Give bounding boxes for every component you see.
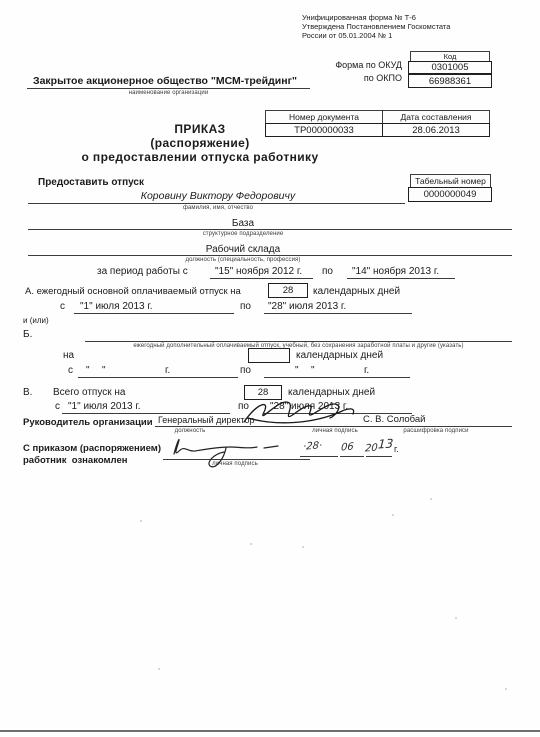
section-b-days-box (248, 348, 290, 363)
section-v-label2: Всего отпуск на (53, 387, 125, 398)
section-b-underline (85, 341, 512, 342)
ack-date-year-underline (366, 456, 392, 457)
section-b-quote-3: " (295, 365, 299, 376)
section-a-from: "1" июля 2013 г. (80, 301, 153, 312)
section-b-from-underline (78, 377, 238, 378)
scan-speck (250, 543, 252, 545)
scan-speck (140, 520, 142, 522)
section-b-quote-2: " (102, 365, 106, 376)
section-b-quote-4: " (311, 365, 315, 376)
employee-name-underline (28, 203, 405, 204)
ack-date-year-prefix: 20 (365, 443, 378, 455)
doc-date-value: 28.06.2013 (382, 123, 490, 137)
employee-name: Коровину Виктору Федоровичу (28, 190, 408, 202)
position-caption: должность (специальность, профессия) (28, 257, 458, 263)
ack-date-month-handwritten: 06 (341, 442, 354, 454)
page-bottom-scan-line (0, 730, 540, 732)
okpo-value: 66988361 (408, 74, 492, 88)
section-b-caption: ежегодный дополнительный оплачиваемый от… (85, 343, 512, 349)
section-a-label: А. ежегодный основной оплачиваемый отпус… (25, 286, 241, 297)
form-meta-line-3: России от 05.01.2004 № 1 (302, 31, 392, 40)
organization-name: Закрытое акционерное общество "МСМ-трейд… (33, 75, 297, 87)
scanned-order-form-t6: Унифицированная форма № Т-6 Утверждена П… (0, 0, 540, 737)
section-b-days-suffix: календарных дней (296, 350, 383, 361)
title-line-1: ПРИКАЗ (40, 122, 360, 136)
organization-underline (27, 88, 310, 89)
employee-signature-scribble (160, 430, 295, 472)
title-line-2: (распоряжение) (40, 136, 360, 150)
ack-label-line-1: С приказом (распоряжением) (23, 443, 161, 454)
section-a-days-box: 28 (268, 283, 308, 298)
form-meta-line-1: Унифицированная форма № Т-6 (302, 13, 416, 22)
section-b-po: по (240, 365, 251, 376)
period-to-underline (347, 278, 455, 279)
director-label: Руководитель организации (23, 417, 153, 428)
scan-speck (505, 688, 507, 690)
ack-date-month-underline (340, 456, 364, 457)
doc-date-header: Дата составления (382, 110, 490, 124)
section-b-g-2: г. (364, 365, 369, 376)
section-a-to: "28" июля 2013 г. (268, 301, 346, 312)
ack-label-line-2: работник ознакомлен (23, 455, 127, 466)
scan-speck (430, 498, 432, 500)
director-signature-scribble (240, 400, 370, 430)
section-v-days-suffix: календарных дней (288, 387, 375, 398)
section-b-na: на (63, 350, 74, 361)
scan-speck (455, 617, 457, 619)
ack-date-day-handwritten: ·28· (303, 440, 323, 452)
period-po: по (322, 266, 333, 277)
director-name: С. В. Солобай (363, 414, 425, 425)
unit-caption: структурное подразделение (28, 231, 458, 237)
section-a-po: по (240, 301, 251, 312)
form-meta-line-2: Утверждена Постановлением Госкомстата (302, 22, 450, 31)
section-a-from-underline (74, 313, 234, 314)
period-label: за период работы с (97, 266, 188, 277)
section-v-label: В. (23, 387, 32, 398)
section-a-to-underline (264, 313, 412, 314)
position-underline (28, 255, 512, 256)
personnel-number-value: 0000000049 (408, 187, 492, 202)
unit-underline (28, 229, 512, 230)
section-b-g-1: г. (165, 365, 170, 376)
period-to: "14" ноября 2013 г. (352, 266, 439, 277)
period-from: "15" ноября 2012 г. (215, 266, 302, 277)
section-b-s: с (68, 365, 73, 376)
section-v-from-underline (62, 413, 230, 414)
section-v-from: "1" июля 2013 г. (68, 401, 141, 412)
personnel-number-header: Табельный номер (410, 174, 491, 188)
okpo-label: по ОКПО (280, 73, 402, 83)
and-or-label: и (или) (23, 316, 49, 325)
ack-date-year-handwritten: 13 (378, 436, 394, 451)
section-a-days-suffix: календарных дней (313, 286, 400, 297)
period-from-underline (210, 278, 313, 279)
scan-speck (158, 668, 160, 670)
section-b-quote-1: " (86, 365, 90, 376)
section-v-days-box: 28 (244, 385, 282, 400)
scan-speck (302, 546, 304, 548)
section-b-to-underline (264, 377, 410, 378)
title-line-3: о предоставлении отпуска работнику (40, 150, 360, 164)
ack-date-day-underline (300, 456, 338, 457)
okud-label: Форма по ОКУД (280, 60, 402, 70)
position-value: Рабочий склада (28, 244, 458, 255)
organization-caption: наименование организации (27, 90, 310, 96)
director-name-caption: расшифровка подписи (395, 428, 477, 434)
okud-value: 0301005 (408, 61, 492, 74)
grant-label: Предоставить отпуск (38, 177, 144, 188)
section-a-s: с (60, 301, 65, 312)
scan-speck (392, 514, 394, 516)
unit-value: База (28, 218, 458, 229)
section-b-label: Б. (23, 329, 32, 340)
section-v-s: с (55, 401, 60, 412)
employee-name-caption: фамилия, имя, отчество (28, 205, 408, 211)
ack-date-g: г. (394, 444, 399, 454)
